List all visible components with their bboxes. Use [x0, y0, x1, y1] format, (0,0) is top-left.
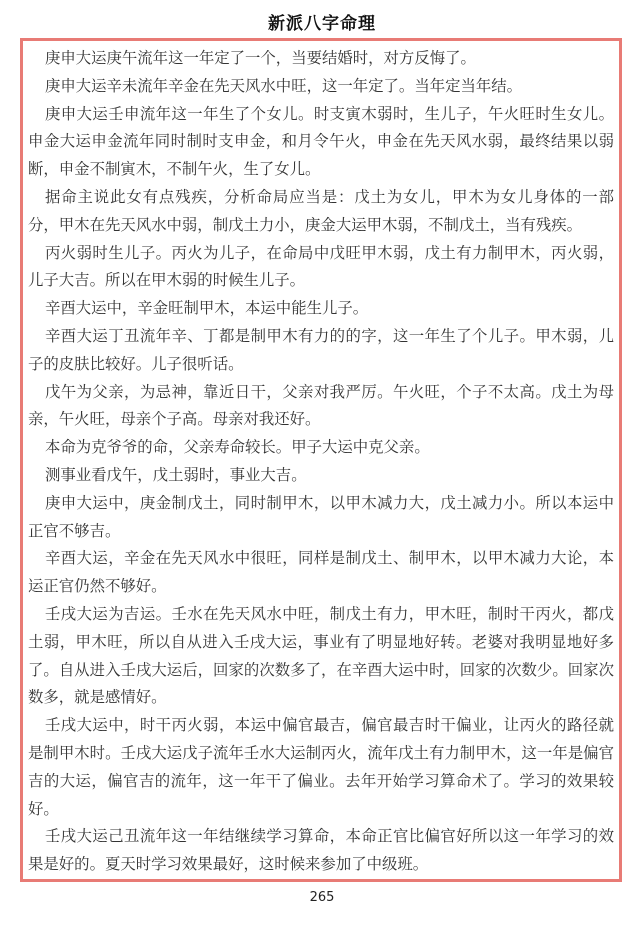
paragraph: 壬戌大运庚寅流年庚寅年发大财了。 [28, 879, 614, 882]
page-number: 265 [0, 890, 644, 905]
paragraph: 庚申大运辛未流年辛金在先天风水中旺，这一年定了。当年定当年结。 [28, 73, 614, 101]
paragraph: 辛酉大运中，辛金旺制甲木，本运中能生儿子。 [28, 295, 614, 323]
paragraph: 庚申大运壬申流年这一年生了个女儿。时支寅木弱时，生儿子，午火旺时生女儿。申金大运… [28, 101, 614, 184]
paragraph: 戊午为父亲，为忌神，靠近日干，父亲对我严厉。午火旺，个子不太高。戊土为母亲，午火… [28, 379, 614, 435]
paragraph: 庚申大运中，庚金制戊土，同时制甲木，以甲木减力大，戊土减力小。所以本运中正官不够… [28, 490, 614, 546]
paragraph: 辛酉大运丁丑流年辛、丁都是制甲木有力的的字，这一年生了个儿子。甲木弱，儿子的皮肤… [28, 323, 614, 379]
paragraph: 壬戌大运为吉运。壬水在先天风水中旺，制戊土有力，甲木旺，制时干丙火，都戊土弱，甲… [28, 601, 614, 712]
page-title: 新派八字命理 [0, 9, 644, 34]
paragraph: 测事业看戊午，戊土弱时，事业大吉。 [28, 462, 614, 490]
paragraph: 丙火弱时生儿子。丙火为儿子，在命局中戊旺甲木弱，戊土有力制甲木，丙火弱，儿子大吉… [28, 240, 614, 296]
paragraph: 本命为克爷爷的命，父亲寿命较长。甲子大运中克父亲。 [28, 434, 614, 462]
content-box: 庚申大运庚午流年这一年定了一个，当要结婚时，对方反悔了。庚申大运辛未流年辛金在先… [20, 38, 622, 882]
paragraph: 辛酉大运，辛金在先天风水中很旺，同样是制戊土、制甲木，以甲木减力大论，本运正官仍… [28, 545, 614, 601]
paragraph: 壬戌大运中，时干丙火弱，本运中偏官最吉，偏官最吉时干偏业，让丙火的路径就是制甲木… [28, 712, 614, 823]
paragraph: 据命主说此女有点残疾，分析命局应当是：戊土为女儿，甲木为女儿身体的一部分，甲木在… [28, 184, 614, 240]
paragraph: 壬戌大运己丑流年这一年结继续学习算命，本命正官比偏官好所以这一年学习的效果是好的… [28, 823, 614, 879]
book-page: 新派八字命理 庚申大运庚午流年这一年定了一个，当要结婚时，对方反悔了。庚申大运辛… [0, 0, 644, 926]
paragraph: 庚申大运庚午流年这一年定了一个，当要结婚时，对方反悔了。 [28, 45, 614, 73]
